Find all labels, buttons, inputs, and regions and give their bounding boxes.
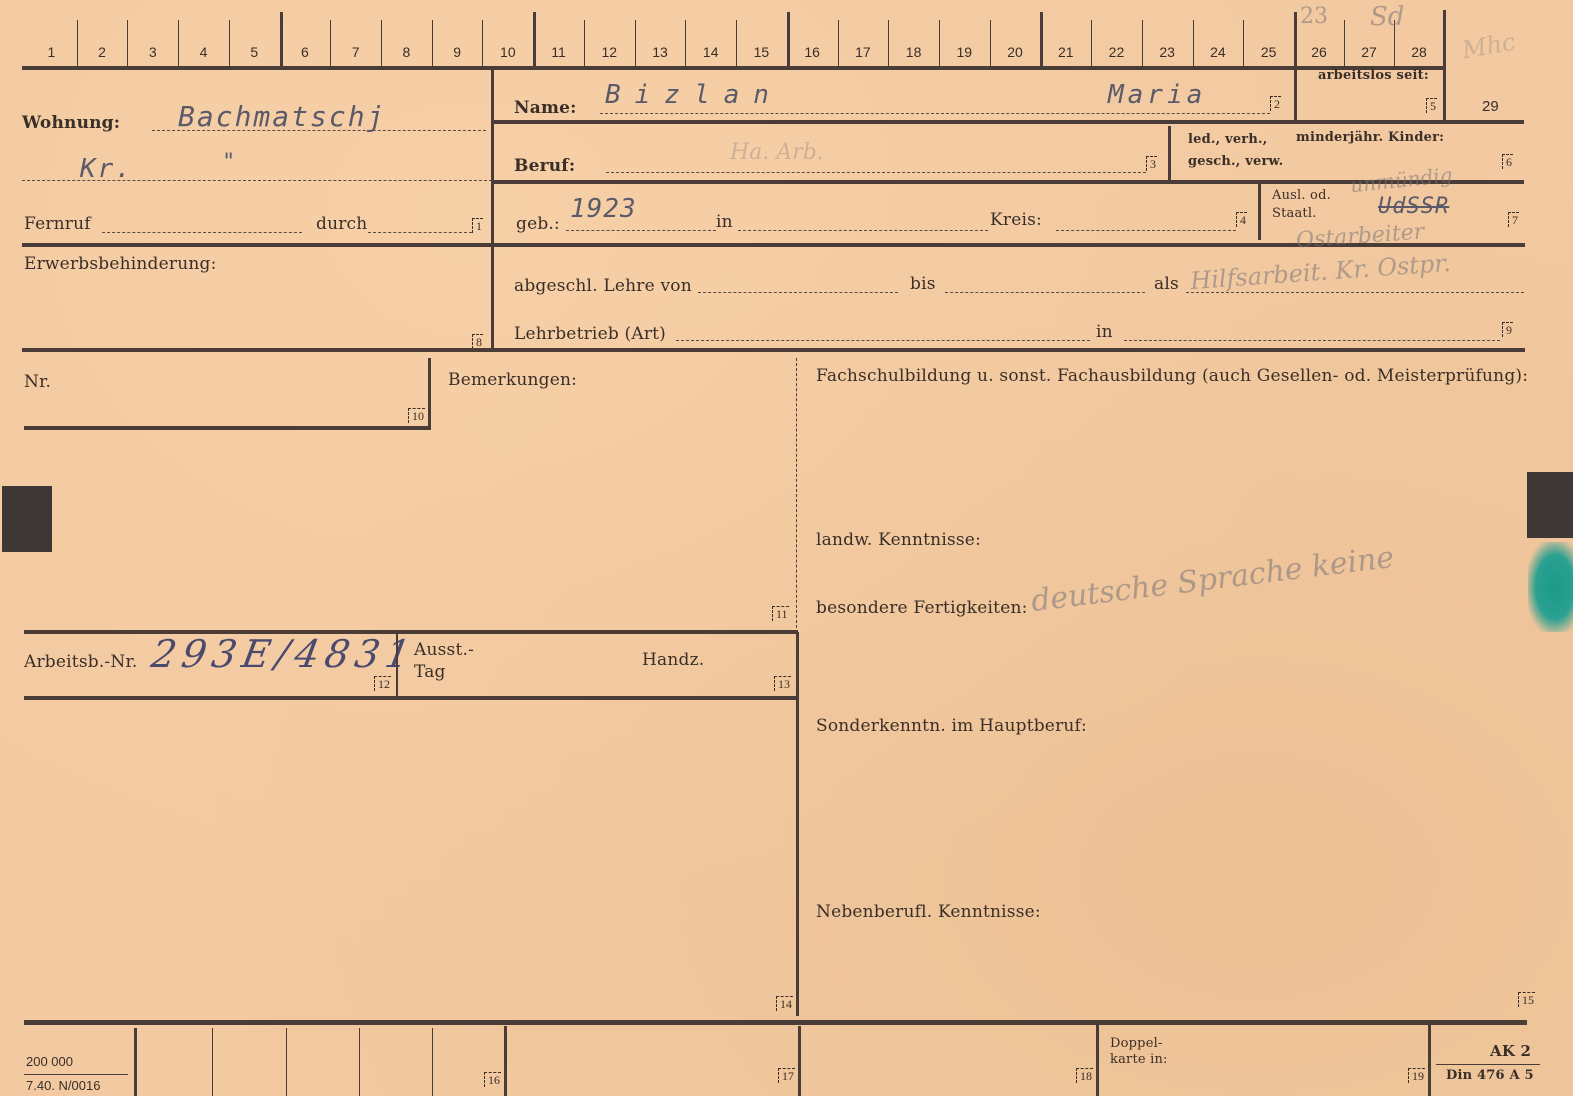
- column-divider: [212, 1028, 213, 1096]
- bemerkungen-label[interactable]: Bemerkungen:: [448, 370, 577, 390]
- ruler-tick: [939, 20, 940, 66]
- surname-value[interactable]: Bizlan: [605, 80, 783, 110]
- als-label: als: [1154, 274, 1179, 294]
- section-rule: [24, 696, 798, 700]
- geb-line: [566, 230, 716, 231]
- ruler-column-27: 27: [1344, 44, 1394, 60]
- ruler-column-19: 19: [939, 44, 990, 60]
- ruler-tick: [635, 20, 636, 66]
- column-divider: [359, 1028, 360, 1096]
- ausst-line1: Ausst.-: [414, 640, 474, 660]
- ruler-tick: [432, 20, 433, 66]
- divider: [134, 1028, 137, 1096]
- nebenberufl-label[interactable]: Nebenberufl. Kenntnisse:: [816, 902, 1041, 922]
- lehre-von-line[interactable]: [698, 292, 898, 293]
- divider: [798, 1026, 801, 1096]
- divider: [491, 70, 494, 352]
- divider: [396, 634, 398, 696]
- beruf-value[interactable]: Ha. Arb.: [730, 140, 824, 165]
- field-number-19: 19: [1408, 1068, 1425, 1083]
- field-number-9: 9: [1502, 322, 1513, 337]
- ruler-column-23: 23: [1142, 44, 1193, 60]
- divider: [1294, 66, 1297, 122]
- ruler-column-20: 20: [990, 44, 1041, 60]
- divider: [1096, 1020, 1099, 1096]
- ruler-tick: [1193, 20, 1194, 66]
- ruler-tick: [178, 20, 179, 66]
- ruler-column-18: 18: [888, 44, 939, 60]
- staatl-line2: Staatl.: [1272, 206, 1317, 221]
- teal-ink-smudge: [1528, 542, 1573, 632]
- section-rule: [22, 348, 1525, 352]
- in-label: in: [716, 212, 733, 232]
- field-number-15: 15: [1518, 992, 1535, 1007]
- lehre-als-line[interactable]: [1186, 292, 1524, 293]
- ruler-tick: [330, 20, 331, 66]
- lehre-label: abgeschl. Lehre von: [514, 276, 692, 296]
- ruler-tick: [888, 20, 889, 66]
- field-number-17: 17: [778, 1068, 795, 1083]
- divider: [1428, 1020, 1431, 1096]
- beruf-line: [606, 172, 1146, 173]
- wohnung-line-2: [22, 180, 492, 181]
- section-rule: [24, 1020, 1527, 1025]
- ruler-tick: [1243, 20, 1244, 66]
- ruler-column-4: 4: [178, 44, 229, 60]
- lehrbetrieb-in-label: in: [1096, 322, 1113, 342]
- field-number-10: 10: [408, 408, 425, 423]
- ruler-column-12: 12: [584, 44, 635, 60]
- fertigkeiten-label: besondere Fertigkeiten:: [816, 598, 1028, 618]
- ruler-tick: [1040, 12, 1043, 66]
- ruler-tick: [1142, 20, 1143, 66]
- ruler-tick: [482, 20, 483, 66]
- field-number-18: 18: [1076, 1068, 1093, 1083]
- doppelkarte-line2: karte in:: [1110, 1052, 1168, 1067]
- field-number-6: 6: [1502, 154, 1513, 169]
- geburtsort-line[interactable]: [738, 230, 988, 231]
- sonderkenntn-label[interactable]: Sonderkenntn. im Hauptberuf:: [816, 716, 1087, 736]
- field-number-7: 7: [1508, 212, 1519, 227]
- column-divider: [432, 1028, 433, 1096]
- corner-pencil-note: Mhc: [1460, 28, 1518, 65]
- lehre-pencil-note-1: Ostarbeiter: [1295, 220, 1425, 254]
- familienstand-line1[interactable]: led., verh.,: [1188, 132, 1267, 147]
- bis-label: bis: [910, 274, 936, 294]
- dotted-divider: [796, 358, 797, 628]
- ruler-tick: [1344, 20, 1345, 66]
- kreis-line[interactable]: [1056, 230, 1236, 231]
- staatl-pencil-note: unmündig: [1349, 163, 1453, 198]
- column-divider: [286, 1028, 287, 1096]
- ruler-tick: [787, 12, 790, 66]
- handwritten-note-23: 23: [1300, 4, 1328, 29]
- kinder-label: minderjähr. Kinder:: [1296, 130, 1444, 145]
- ruler-tick: [1091, 20, 1092, 66]
- divider: [796, 632, 799, 1016]
- fernruf-line[interactable]: [102, 232, 302, 233]
- fertigkeiten-value[interactable]: deutsche Sprache keine: [1029, 540, 1396, 619]
- section-rule: [494, 120, 1524, 124]
- ruler-column-6: 6: [280, 44, 331, 60]
- ruler-tick: [1294, 12, 1297, 66]
- ruler-column-5: 5: [229, 44, 280, 60]
- ausst-line2: Tag: [414, 662, 446, 682]
- field-number-2: 2: [1270, 96, 1281, 111]
- ruler-column-1: 1: [26, 44, 77, 60]
- lehrbetrieb-line[interactable]: [676, 340, 1090, 341]
- ruler-column-22: 22: [1091, 44, 1142, 60]
- index-tab-marker: [1527, 472, 1573, 538]
- arbeitsbuch-label: Arbeitsb.-Nr.: [24, 652, 138, 672]
- familienstand-line2[interactable]: gesch., verw.: [1188, 154, 1283, 169]
- lehre-bis-line[interactable]: [945, 292, 1145, 293]
- index-tab-marker: [2, 486, 52, 552]
- wohnung-label: Wohnung:: [22, 113, 120, 133]
- ruler-column-11: 11: [533, 44, 584, 60]
- ruler-tick: [280, 12, 283, 66]
- ruler-tick: [584, 20, 585, 66]
- ruler-tick: [381, 20, 382, 66]
- form-id: AK 2: [1490, 1042, 1531, 1060]
- ruler-column-7: 7: [330, 44, 381, 60]
- landw-label[interactable]: landw. Kenntnisse:: [816, 530, 981, 550]
- divider: [428, 358, 431, 428]
- ruler-tick: [77, 20, 78, 66]
- form-id-rule: [1436, 1064, 1540, 1065]
- ruler-column-16: 16: [787, 44, 838, 60]
- ruler-tick: [533, 12, 536, 66]
- ruler-column-28: 28: [1394, 44, 1444, 60]
- wohnung-value[interactable]: Bachmatschj: [178, 100, 385, 133]
- arbeitsbuch-value[interactable]: 293E/4831: [148, 632, 420, 676]
- ruler-column-25: 25: [1243, 44, 1294, 60]
- field-number-14: 14: [776, 996, 793, 1011]
- ruler-tick: [685, 20, 686, 66]
- ruler-column-8: 8: [381, 44, 432, 60]
- durch-line[interactable]: [368, 232, 472, 233]
- staatl-line1: Ausl. od.: [1272, 188, 1331, 203]
- print-run: 200 000: [26, 1054, 73, 1069]
- divider: [1168, 126, 1171, 180]
- geb-label: geb.:: [516, 214, 560, 234]
- ruler-column-13: 13: [635, 44, 686, 60]
- fernruf-label: Fernruf: [24, 214, 91, 234]
- lehre-pencil-note-2: Hilfsarbeit. Kr. Ostpr.: [1189, 249, 1451, 295]
- geb-value[interactable]: 1923: [570, 194, 637, 224]
- field-29-number: 29: [1482, 98, 1499, 115]
- field-number-8: 8: [472, 334, 483, 349]
- divider: [504, 1026, 507, 1096]
- durch-label: durch: [316, 214, 367, 234]
- doppelkarte-line1: Doppel-: [1110, 1036, 1163, 1051]
- kreis-label: Kreis:: [990, 210, 1042, 230]
- ruler-tick: [990, 20, 991, 66]
- name-label: Name:: [514, 98, 577, 118]
- lehrbetrieb-label: Lehrbetrieb (Art): [514, 324, 666, 344]
- ruler-column-21: 21: [1040, 44, 1091, 60]
- nr-label: Nr.: [24, 372, 51, 392]
- ruler-column-26: 26: [1294, 44, 1344, 60]
- field-number-11: 11: [772, 606, 789, 621]
- ruler-column-15: 15: [736, 44, 787, 60]
- given-name-value[interactable]: Maria: [1108, 80, 1206, 110]
- ruler-column-24: 24: [1193, 44, 1244, 60]
- print-rule: [24, 1074, 128, 1075]
- divider: [1443, 10, 1446, 122]
- print-code: 7.40. N/0016: [26, 1078, 100, 1093]
- handwritten-note-sd: Sd: [1370, 2, 1404, 32]
- ruler-tick: [736, 20, 737, 66]
- ruler-column-2: 2: [77, 44, 128, 60]
- field-number-1: 1: [472, 218, 483, 233]
- ruler-column-3: 3: [127, 44, 178, 60]
- field-number-5: 5: [1426, 98, 1437, 113]
- beruf-label: Beruf:: [514, 156, 575, 176]
- staatl-value[interactable]: UdSSR: [1378, 194, 1449, 219]
- field-number-16: 16: [484, 1072, 501, 1087]
- ruler-column-14: 14: [685, 44, 736, 60]
- divider: [1258, 184, 1261, 240]
- ruler-tick: [229, 20, 230, 66]
- field-number-12: 12: [374, 676, 391, 691]
- ruler-tick: [838, 20, 839, 66]
- ruler-column-10: 10: [482, 44, 533, 60]
- field-number-4: 4: [1236, 212, 1247, 227]
- ruler-baseline: [22, 66, 1444, 70]
- fachschul-label[interactable]: Fachschulbildung u. sonst. Fachausbildun…: [816, 366, 1528, 386]
- lehrbetrieb-in-line[interactable]: [1124, 340, 1500, 341]
- handz-label: Handz.: [642, 650, 704, 670]
- wohnung-ditto-mark: ": [222, 150, 237, 175]
- name-line: [600, 113, 1270, 114]
- ruler-tick: [127, 20, 128, 66]
- field-number-3: 3: [1146, 156, 1157, 171]
- form-norm: Din 476 A 5: [1446, 1068, 1534, 1083]
- ruler-column-17: 17: [838, 44, 889, 60]
- section-rule: [24, 426, 431, 430]
- field-number-13: 13: [774, 676, 791, 691]
- ruler-column-9: 9: [432, 44, 483, 60]
- arbeitslos-label: arbeitslos seit:: [1318, 68, 1429, 83]
- erwerbsbehinderung-label: Erwerbsbehinderung:: [24, 254, 217, 274]
